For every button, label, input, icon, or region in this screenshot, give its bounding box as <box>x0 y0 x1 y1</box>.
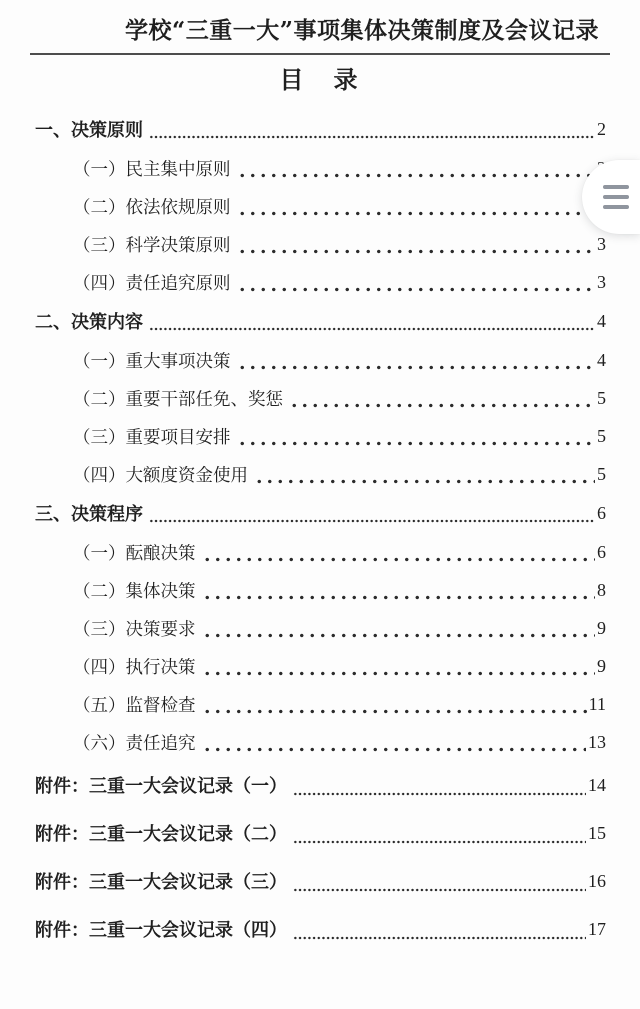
toc-entry: 一、决策原则 2 <box>0 109 640 149</box>
toc-leader-dots <box>237 225 596 263</box>
toc-entry: （二）集体决策 8 <box>0 571 640 609</box>
toc-entry-label: 附件：三重一大会议记录（一） <box>35 772 287 798</box>
toc-entry-label: （五）监督检查 <box>73 692 196 717</box>
toc-entry: 附件：三重一大会议记录（一） 14 <box>0 761 640 809</box>
toc-entry-label: （六）责任追究 <box>73 730 196 755</box>
toc-entry: 附件：三重一大会议记录（四） 17 <box>0 905 640 953</box>
toc-leader-dots <box>293 857 586 905</box>
toc-entry: 二、决策内容 4 <box>0 301 640 341</box>
toc-entry-page: 9 <box>597 656 606 677</box>
toc-entry-label: （三）决策要求 <box>73 616 196 641</box>
toc-entry-label: （四）责任追究原则 <box>73 270 231 295</box>
toc-entry: （四）大额度资金使用 5 <box>0 455 640 493</box>
toc-entry-label: 一、决策原则 <box>35 116 143 142</box>
toc-entry-label: （四）大额度资金使用 <box>73 462 248 487</box>
toc-leader-dots <box>149 301 595 341</box>
toc-entry-label: 附件：三重一大会议记录（四） <box>35 916 287 942</box>
toc-entry-label: 附件：三重一大会议记录（三） <box>35 868 287 894</box>
toc-leader-dots <box>202 533 596 571</box>
document-page: 学校“三重一大”事项集体决策制度及会议记录 目 录 一、决策原则 2 （一）民主… <box>0 0 640 1009</box>
toc-entry-page: 13 <box>588 732 606 753</box>
toc-leader-dots <box>237 187 597 225</box>
toc-entry-page: 8 <box>597 580 606 601</box>
hamburger-menu-icon <box>603 185 629 209</box>
toc-entry: （三）科学决策原则 3 <box>0 225 640 263</box>
toc-entry-page: 5 <box>597 388 606 409</box>
toc-entry: （六）责任追究 13 <box>0 723 640 761</box>
toc-entry-page: 17 <box>588 919 606 940</box>
toc-entry: （一）酝酿决策 6 <box>0 533 640 571</box>
toc-leader-dots <box>202 647 596 685</box>
toc-entry: 三、决策程序 6 <box>0 493 640 533</box>
toc-entry-page: 6 <box>597 542 606 563</box>
toc-entry: （二）依法依规原则 <box>0 187 640 225</box>
toc-entry-page: 4 <box>597 350 606 371</box>
toc-entry-page: 3 <box>597 234 606 255</box>
toc-entry: 附件：三重一大会议记录（三） 16 <box>0 857 640 905</box>
toc-heading: 目 录 <box>0 64 640 96</box>
toc-entry-page: 5 <box>597 426 606 447</box>
hamburger-bar <box>603 185 629 189</box>
toc-entry: （一）重大事项决策 4 <box>0 341 640 379</box>
toc-entry: （三）决策要求 9 <box>0 609 640 647</box>
hamburger-bar <box>603 195 629 199</box>
toc-entry-page: 5 <box>597 464 606 485</box>
toc-entry-page: 9 <box>597 618 606 639</box>
toc-entry: （二）重要干部任免、奖惩 5 <box>0 379 640 417</box>
toc-entry-page: 14 <box>588 775 606 796</box>
hamburger-bar <box>603 205 629 209</box>
toc-entry-label: （三）科学决策原则 <box>73 232 231 257</box>
toc-leader-dots <box>293 761 586 809</box>
toc-entry: 附件：三重一大会议记录（二） 15 <box>0 809 640 857</box>
toc-entry: （三）重要项目安排 5 <box>0 417 640 455</box>
toc-entry-label: 附件：三重一大会议记录（二） <box>35 820 287 846</box>
toc-leader-dots <box>202 609 596 647</box>
toc-entry: （一）民主集中原则 2 <box>0 149 640 187</box>
toc-leader-dots <box>237 263 596 301</box>
toc-entry-page: 2 <box>597 119 606 140</box>
toc-entry: （四）执行决策 9 <box>0 647 640 685</box>
toc-entry-label: （二）重要干部任免、奖惩 <box>73 386 283 411</box>
toc-entry: （五）监督检查 11 <box>0 685 640 723</box>
toc-leader-dots <box>237 149 596 187</box>
toc-entry-label: （一）酝酿决策 <box>73 540 196 565</box>
toc-leader-dots <box>149 109 595 149</box>
toc-entry-page: 15 <box>588 823 606 844</box>
toc-entry-label: （一）民主集中原则 <box>73 156 231 181</box>
toc-entry-label: （三）重要项目安排 <box>73 424 231 449</box>
toc-leader-dots <box>202 723 587 761</box>
toc-leader-dots <box>202 571 596 609</box>
toc-entry-page: 4 <box>597 311 606 332</box>
toc-leader-dots <box>237 341 596 379</box>
toc-entry-page: 3 <box>597 272 606 293</box>
toc-leader-dots <box>254 455 595 493</box>
toc-leader-dots <box>293 905 586 953</box>
toc-entry: （四）责任追究原则 3 <box>0 263 640 301</box>
toc-entry-label: （四）执行决策 <box>73 654 196 679</box>
toc-leader-dots <box>149 493 595 533</box>
toc-leader-dots <box>202 685 587 723</box>
toc-entry-page: 11 <box>589 694 606 715</box>
toc-list: 一、决策原则 2 （一）民主集中原则 2 （二）依法依规原则 （三）科学决策原则… <box>0 109 640 953</box>
title-divider <box>30 53 610 55</box>
toc-entry-label: （一）重大事项决策 <box>73 348 231 373</box>
document-title: 学校“三重一大”事项集体决策制度及会议记录 <box>0 0 640 46</box>
toc-entry-label: （二）依法依规原则 <box>73 194 231 219</box>
toc-leader-dots <box>293 809 586 857</box>
toc-entry-page: 16 <box>588 871 606 892</box>
toc-leader-dots <box>237 417 596 455</box>
toc-entry-label: 三、决策程序 <box>35 500 143 526</box>
toc-entry-label: （二）集体决策 <box>73 578 196 603</box>
toc-leader-dots <box>289 379 595 417</box>
toc-entry-label: 二、决策内容 <box>35 308 143 334</box>
toc-entry-page: 6 <box>597 503 606 524</box>
